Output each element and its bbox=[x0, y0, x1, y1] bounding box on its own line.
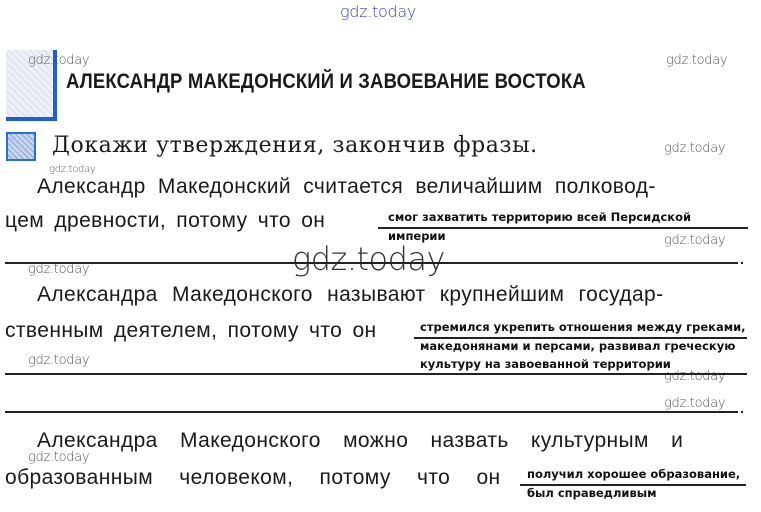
watermark: gdz.today bbox=[664, 141, 725, 156]
statement-text: Александра Македонского называют крупней… bbox=[37, 283, 664, 307]
statement-text: цем древности, потому что он bbox=[5, 209, 325, 233]
statement-text: ственным деятелем, потому что он bbox=[5, 319, 377, 343]
page-title: АЛЕКСАНДР МАКЕДОНСКИЙ И ЗАВОЕВАНИЕ ВОСТО… bbox=[66, 70, 586, 94]
answer-text: получил хорошее образование, bbox=[527, 467, 740, 481]
watermark: gdz.today bbox=[340, 2, 416, 21]
answer-line bbox=[5, 262, 738, 264]
answer-line bbox=[5, 411, 738, 413]
answer-line bbox=[5, 373, 747, 375]
watermark: gdz.today bbox=[664, 369, 725, 384]
watermark: gdz.today bbox=[664, 396, 725, 411]
watermark: gdz.today bbox=[49, 164, 96, 175]
period bbox=[741, 411, 743, 413]
answer-text: македонянами и персами, развивал греческ… bbox=[420, 339, 735, 353]
watermark: gdz.today bbox=[28, 353, 89, 368]
answer-text: был справедливым bbox=[527, 486, 657, 500]
answer-text: культуру на завоеванной территории bbox=[420, 357, 671, 371]
task-icon bbox=[6, 132, 36, 161]
task-heading: Докажи утверждения, закончив фразы. bbox=[52, 133, 538, 158]
answer-text: смог захватить территорию всей Персидско… bbox=[388, 210, 691, 224]
answer-text: стремился укрепить отношения между грека… bbox=[420, 320, 746, 334]
watermark: gdz.today bbox=[666, 53, 727, 68]
watermark: gdz.today bbox=[28, 53, 89, 68]
statement-text: Александра Македонского можно назвать ку… bbox=[37, 429, 683, 453]
watermark: gdz.today bbox=[28, 262, 89, 277]
answer-text: империи bbox=[388, 229, 446, 243]
watermark: gdz.today bbox=[664, 233, 725, 248]
statement-text: Александр Македонский считается величайш… bbox=[37, 175, 656, 199]
statement-text: образованным человеком, потому что он bbox=[5, 466, 501, 490]
watermark-large: gdz.today bbox=[292, 240, 445, 278]
period bbox=[741, 262, 743, 264]
